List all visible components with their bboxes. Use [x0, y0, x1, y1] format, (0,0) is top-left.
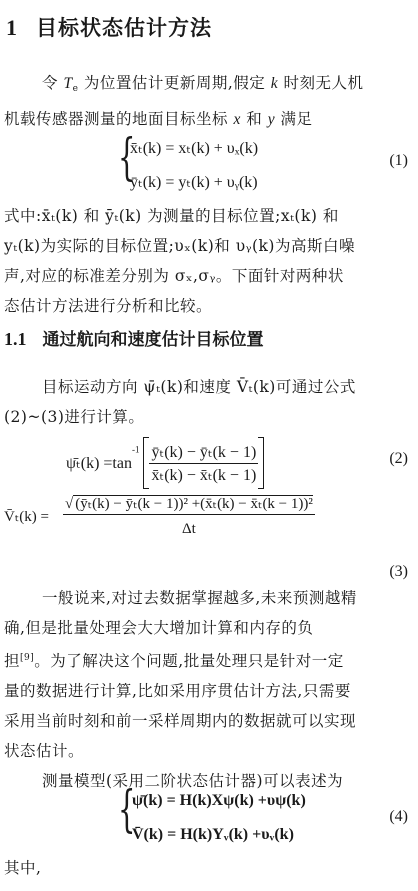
- citation[interactable]: [9]: [20, 653, 34, 663]
- closing-text: 其中,: [4, 853, 414, 883]
- para3: 一般说来,对过去数据掌握越多,未来预测越精 确,但是批量处理会大大增加计算和内存…: [4, 583, 414, 796]
- equation-2: ψ̄ₜ(k) =tan-1 ȳₜ(k) − ȳₜ(k − 1)x̄ₜ(k) − …: [66, 437, 264, 489]
- section-title: 目标状态估计方法: [36, 16, 212, 40]
- eq4-row1: ψ̄(k) = H(k)Xψ(k) +υψ(k): [132, 792, 306, 810]
- explain-paragraph: 式中:x̄ₜ(k) 和 ȳₜ(k) 为测量的目标位置;xₜ(k) 和 yₜ(k)…: [4, 201, 414, 321]
- subsection-number: 1.1: [4, 329, 27, 349]
- equation-3: V̄ₜ(k) =√(ȳₜ(k) − ȳₜ(k − 1))² +(x̄ₜ(k) −…: [4, 494, 315, 538]
- eq4-row2: V̄(k) = H(k)Yᵥ(k) +υᵥ(k): [132, 826, 294, 844]
- subsection-heading: 1.1通过航向和速度估计目标位置: [4, 325, 264, 350]
- eq4-number: (4): [389, 808, 408, 826]
- eq1-number: (1): [389, 152, 408, 170]
- eq2-number: (2): [389, 450, 408, 468]
- eq1-row2: ȳₜ(k) = yₜ(k) + υᵧ(k): [130, 172, 258, 192]
- para2: 目标运动方向 ψ̄ₜ(k)和速度 V̄ₜ(k)可通过公式 (2)~(3)进行计算…: [4, 372, 414, 432]
- section-number: 1: [6, 15, 18, 40]
- subsection-title: 通过航向和速度估计目标位置: [43, 330, 264, 350]
- section-heading: 1目标状态估计方法: [6, 12, 212, 42]
- eq1-row1: x̄ₜ(k) = xₜ(k) + υₓ(k): [130, 138, 258, 158]
- right-bracket: [258, 437, 264, 489]
- intro-paragraph: 令 Te 为位置估计更新周期,假定 k 时刻无人机 机载传感器测量的地面目标坐标…: [4, 68, 414, 135]
- eq3-number: (3): [389, 563, 408, 581]
